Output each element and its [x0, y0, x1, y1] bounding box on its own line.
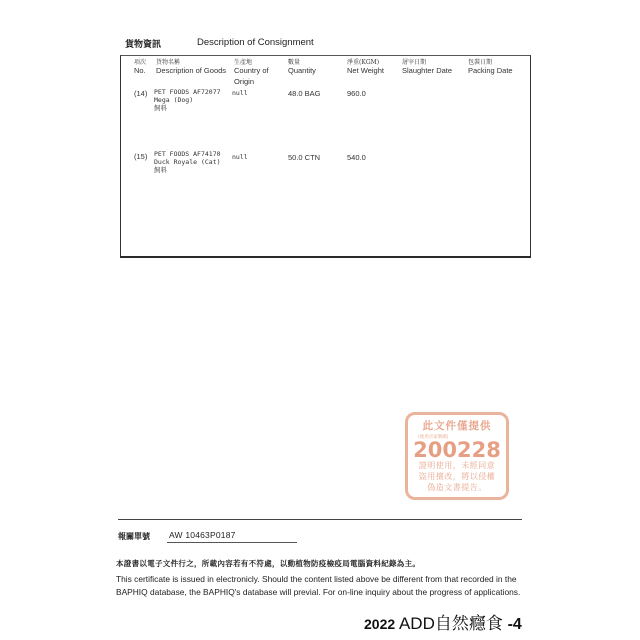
awb-label: 報關單號	[118, 531, 150, 542]
notice-zh: 本證書以電子文件行之，所載內容若有不符處，以動植物防疫檢疫局電腦資料紀錄為主。	[116, 558, 420, 569]
stamp-line4: 盜用擅改，將以侵權	[408, 471, 506, 482]
awb-value: AW 10463P0187	[169, 530, 236, 540]
row-no: (15)	[134, 152, 147, 161]
footer-year: 2022	[364, 616, 395, 632]
row-net-weight: 960.0	[347, 89, 366, 98]
row-quantity: 48.0 BAG	[288, 89, 321, 98]
footer-title: ADD自然癮食	[399, 614, 503, 633]
row-origin: null	[232, 89, 248, 98]
consignment-table: 項次 No. 貨物名稱 Description of Goods 生產地 Cou…	[120, 55, 531, 258]
header-desc-en: Description of Goods	[156, 65, 226, 76]
row-origin: null	[232, 153, 248, 162]
row-net-weight: 540.0	[347, 153, 366, 162]
notice-en: This certificate is issued in electronic…	[116, 573, 541, 598]
row-desc-line3: 飼料	[154, 166, 167, 175]
stamp-line5: 偽造文書提告。	[408, 482, 506, 493]
header-slaughter-en: Slaughter Date	[402, 65, 452, 76]
stamp-line3: 證明使用，未經同意	[408, 460, 506, 471]
header-no-en: No.	[134, 65, 146, 76]
header-weight-en: Net Weight	[347, 65, 384, 76]
watermark-stamp: 此文件僅提供 (使用店家號碼) 200228 證明使用，未經同意 盜用擅改，將以…	[405, 412, 509, 500]
stamp-line1: 此文件僅提供	[408, 418, 506, 433]
section-title-zh: 貨物資訊	[125, 37, 161, 50]
awb-underline	[167, 542, 297, 543]
footer-caption: 2022 ADD自然癮食 -4	[364, 609, 522, 634]
row-no: (14)	[134, 89, 147, 98]
header-origin-en: Country of Origin	[234, 65, 276, 87]
header-quantity-en: Quantity	[288, 65, 316, 76]
row-quantity: 50.0 CTN	[288, 153, 320, 162]
row-desc-line3: 飼料	[154, 104, 167, 113]
header-packing-en: Packing Date	[468, 65, 513, 76]
section-title-en: Description of Consignment	[197, 37, 314, 48]
section-divider	[118, 519, 522, 520]
stamp-number: 200228	[408, 440, 506, 460]
footer-suffix: -4	[508, 616, 522, 633]
